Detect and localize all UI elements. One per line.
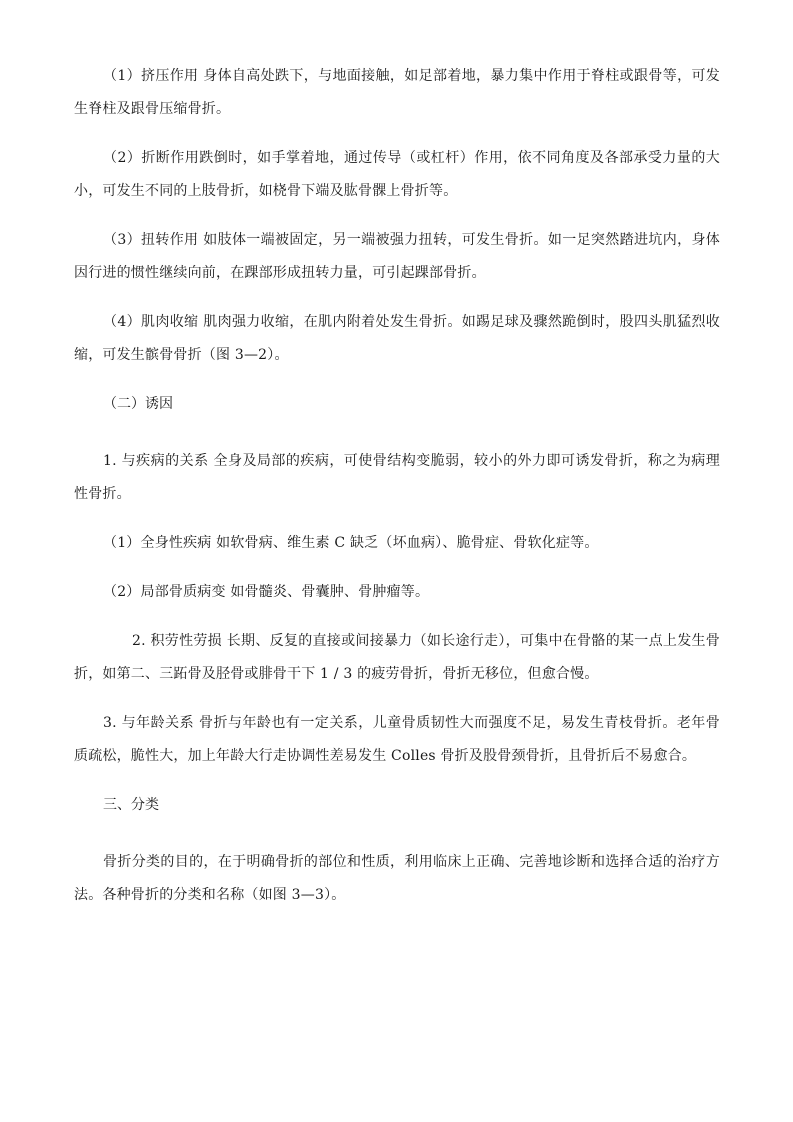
paragraph-disease-relation: 1. 与疾病的关系 全身及局部的疾病，可使骨结构变脆弱，较小的外力即可诱发骨折，… [74,445,720,511]
paragraph-compression-fracture: （1）挤压作用 身体自高处跌下，与地面接触，如足部着地，暴力集中作用于脊柱或跟骨… [74,60,720,126]
section-heading-classification: 三、分类 [74,789,720,822]
paragraph-stress-fracture: 2. 积劳性劳损 长期、反复的直接或间接暴力（如长途行走），可集中在骨骼的某一点… [74,625,720,691]
paragraph-local-bone-disease: （2）局部骨质病变 如骨髓炎、骨囊肿、骨肿瘤等。 [74,576,720,609]
paragraph-systemic-disease: （1）全身性疾病 如软骨病、维生素 C 缺乏（坏血病）、脆骨症、骨软化症等。 [74,527,720,560]
section-heading-causes: （二）诱因 [74,388,720,421]
paragraph-classification-purpose: 骨折分类的目的，在于明确骨折的部位和性质，利用临床上正确、完善地诊断和选择合适的… [74,846,720,912]
document-page: （1）挤压作用 身体自高处跌下，与地面接触，如足部着地，暴力集中作用于脊柱或跟骨… [74,60,720,912]
paragraph-muscle-contraction-fracture: （4）肌肉收缩 肌肉强力收缩，在肌内附着处发生骨折。如踢足球及骤然跪倒时，股四头… [74,306,720,372]
paragraph-torsion-fracture: （3）扭转作用 如肢体一端被固定，另一端被强力扭转，可发生骨折。如一足突然踏进坑… [74,224,720,290]
paragraph-bending-fracture: （2）折断作用跌倒时，如手掌着地，通过传导（或杠杆）作用，依不同角度及各部承受力… [74,142,720,208]
paragraph-age-relation: 3. 与年龄关系 骨折与年龄也有一定关系，儿童骨质韧性大而强度不足，易发生青枝骨… [74,707,720,773]
